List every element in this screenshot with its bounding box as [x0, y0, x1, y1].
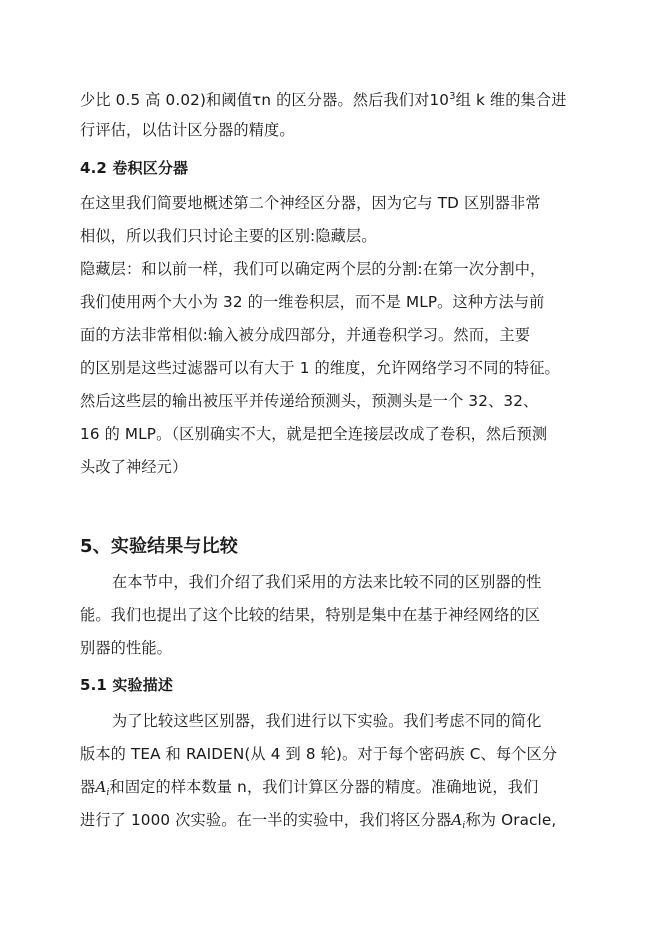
text-line: 版本的 TEA 和 RAIDEN(从 4 到 8 轮)。对于每个密码族 C、每个…: [80, 744, 565, 764]
text-span: 称为 Oracle,: [465, 811, 556, 829]
text-line: 为了比较这些区别器，我们进行以下实验。我们考虑不同的简化: [112, 711, 565, 731]
section-heading-5-1: 5.1 实验描述: [80, 675, 565, 695]
text-line: 在这里我们简要地概述第二个神经区分器，因为它与 TD 区别器非常: [80, 193, 565, 213]
text-line: 相似，所以我们只讨论主要的区别:隐藏层。: [80, 226, 565, 246]
text-span: 进行了 1000 次实验。在一半的实验中，我们将区分器: [80, 811, 451, 829]
text-line: 在本节中，我们介绍了我们采用的方法来比较不同的区别器的性: [112, 572, 565, 592]
document-page: 少比 0.5 高 0.02)和阈值τn 的区分器。然后我们对103组 k 维的集…: [0, 0, 660, 934]
math-symbol: A: [451, 811, 462, 829]
text-line: 16 的 MLP。（区别确实不大，就是把全连接层改成了卷积，然后预测: [80, 424, 565, 444]
text-line: 别器的性能。: [80, 638, 565, 658]
math-symbol: A: [95, 778, 106, 796]
text-line: 然后这些层的输出被压平并传递给预测头，预测头是一个 32、32、: [80, 391, 565, 411]
text-span: 少比 0.5 高 0.02)和阈值τn 的区分器。然后我们对10: [80, 91, 449, 109]
text-line: 我们使用两个大小为 32 的一维卷积层，而不是 MLP。这种方法与前: [80, 292, 565, 312]
text-line: 头改了神经元）: [80, 457, 565, 477]
text-line: 的区别是这些过滤器可以有大于 1 的维度，允许网络学习不同的特征。: [80, 358, 565, 378]
text-line: 少比 0.5 高 0.02)和阈值τn 的区分器。然后我们对103组 k 维的集…: [80, 90, 565, 110]
text-span: 和固定的样本数量 n，我们计算区分器的精度。准确地说，我们: [110, 778, 539, 796]
text-line: 行评估，以估计区分器的精度。: [80, 120, 565, 140]
text-span: 器: [80, 778, 95, 796]
text-line: 隐藏层：和以前一样，我们可以确定两个层的分割:在第一次分割中，: [80, 259, 565, 279]
math-variable: Ai: [451, 811, 465, 829]
math-variable: Ai: [95, 778, 109, 796]
text-line: 进行了 1000 次实验。在一半的实验中，我们将区分器Ai称为 Oracle,: [80, 810, 565, 830]
text-line: 器Ai和固定的样本数量 n，我们计算区分器的精度。准确地说，我们: [80, 777, 565, 797]
text-line: 能。我们也提出了这个比较的结果，特别是集中在基于神经网络的区: [80, 605, 565, 625]
section-heading-5: 5、实验结果与比较: [80, 537, 565, 557]
text-line: 面的方法非常相似:输入被分成四部分，并通卷积学习。然而，主要: [80, 325, 565, 345]
text-span: 组 k 维的集合进: [456, 91, 567, 109]
section-heading-4-2: 4.2 卷积区分器: [80, 158, 565, 178]
